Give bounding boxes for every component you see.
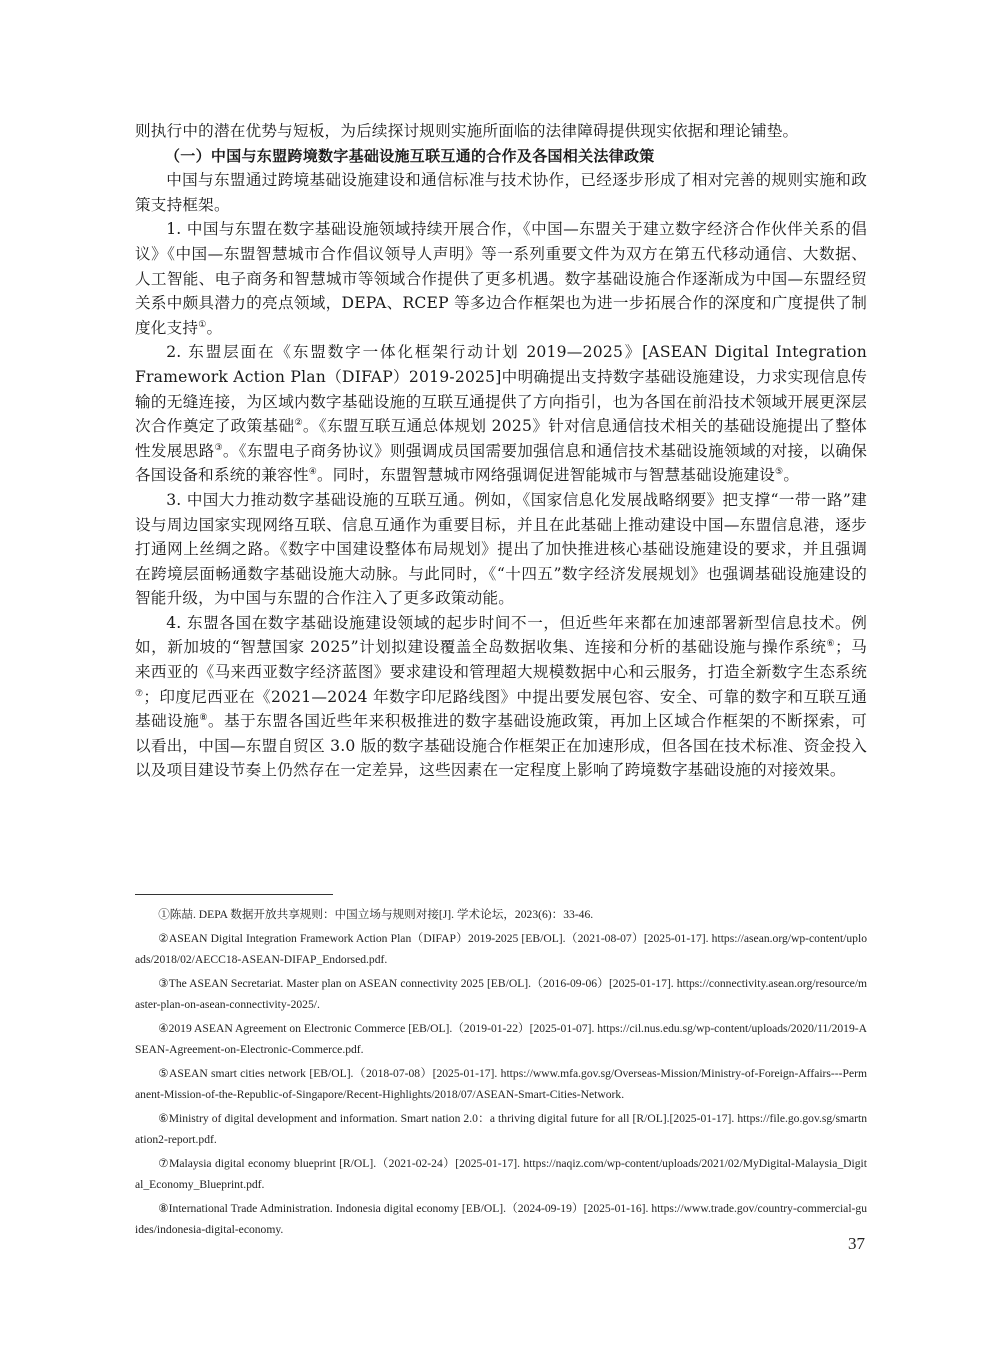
footnote-ref[interactable]: ④: [309, 467, 317, 477]
footnote-8: ⑧International Trade Administration. Ind…: [135, 1198, 867, 1240]
footnote-6: ⑥Ministry of digital development and inf…: [135, 1108, 867, 1150]
footnote-ref[interactable]: ②: [294, 418, 302, 428]
footnote-ref[interactable]: ⑧: [199, 713, 208, 723]
footnote-3: ③The ASEAN Secretariat. Master plan on A…: [135, 973, 867, 1015]
paragraph-3: 3. 中国大力推动数字基础设施的互联互通。例如，《国家信息化发展战略纲要》把支撑…: [135, 488, 867, 611]
footnote-ref[interactable]: ③: [215, 443, 223, 453]
footnote-divider: [135, 894, 333, 895]
footnote-4: ④2019 ASEAN Agreement on Electronic Comm…: [135, 1018, 867, 1060]
paragraph-4: 4. 东盟各国在数字基础设施建设领域的起步时间不一，但近些年来都在加速部署新型信…: [135, 611, 867, 783]
footnotes: ①陈喆. DEPA 数据开放共享规则：中国立场与规则对接[J]. 学术论坛，20…: [135, 904, 867, 1243]
section-intro: 中国与东盟通过跨境基础设施建设和通信标准与技术协作，已经逐步形成了相对完善的规则…: [135, 168, 867, 217]
paragraph-continuation: 则执行中的潜在优势与短板，为后续探讨规则实施所面临的法律障碍提供现实依据和理论铺…: [135, 119, 867, 144]
footnote-ref[interactable]: ⑥: [826, 639, 835, 649]
section-heading: （一）中国与东盟跨境数字基础设施互联互通的合作及各国相关法律政策: [135, 144, 867, 169]
footnote-7: ⑦Malaysia digital economy blueprint [R/O…: [135, 1153, 867, 1195]
paragraph-2: 2. 东盟层面在《东盟数字一体化框架行动计划 2019—2025》[ASEAN …: [135, 340, 867, 488]
paragraph-1: 1. 中国与东盟在数字基础设施领域持续开展合作，《中国—东盟关于建立数字经济合作…: [135, 217, 867, 340]
page-number: 37: [848, 1234, 865, 1254]
footnote-5: ⑤ASEAN smart cities network [EB/OL].（201…: [135, 1063, 867, 1105]
main-text: 则执行中的潜在优势与短板，为后续探讨规则实施所面临的法律障碍提供现实依据和理论铺…: [135, 119, 867, 783]
footnote-2: ②ASEAN Digital Integration Framework Act…: [135, 928, 867, 970]
footnote-1: ①陈喆. DEPA 数据开放共享规则：中国立场与规则对接[J]. 学术论坛，20…: [135, 904, 867, 925]
